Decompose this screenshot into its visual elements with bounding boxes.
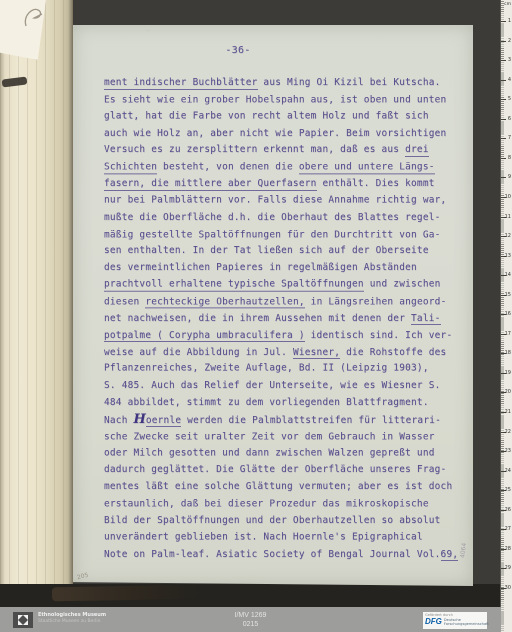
ruler-cm-number: 2 (508, 39, 511, 44)
typewritten-line: Nach Hoernle werden die Palmblattstreife… (104, 412, 460, 429)
ruler-cm-number: 26 (505, 508, 511, 513)
typewritten-text: ment indischer Buchblätter aus Ming Oi K… (104, 75, 460, 563)
text-segment: net nachweisen, die in ihrem Aussehen mi… (104, 313, 411, 324)
text-segment: drei (405, 144, 429, 157)
text-segment: auch wie Holz an, aber nicht wie Papier.… (104, 128, 446, 139)
text-segment: mußte die Oberfläche d.h. die Oberhaut d… (104, 212, 441, 223)
pencil-note-left: 205 (76, 572, 89, 582)
typewritten-line: S. 485. Auch das Relief der Unterseite, … (104, 378, 460, 395)
ruler-cm-number: 15 (505, 293, 511, 298)
ruler-cm-number: 23 (505, 449, 511, 454)
ruler-cm-tick (501, 119, 506, 120)
typewritten-line: glatt, hat die Farbe von recht altem Hol… (104, 108, 460, 125)
ruler-cm-tick (501, 177, 506, 178)
ruler-cm-number: 8 (508, 156, 511, 161)
book-page-stack-edge (0, 0, 73, 604)
ruler-cm-number: 7 (508, 136, 511, 141)
ruler-cm-number: 30 (505, 586, 511, 591)
typewritten-line: Es sieht wie ein grober Hobelspahn aus, … (104, 92, 460, 109)
ruler-cm-number: 19 (505, 371, 511, 376)
typewritten-line: des vermeintlichen Papieres in regelmäßi… (104, 260, 460, 277)
ruler-cm-number: 17 (505, 332, 511, 337)
ruler-cm-number: 20 (505, 390, 511, 395)
ruler-cm-number: 16 (505, 312, 511, 317)
ruler-cm-number: 1 (508, 19, 511, 24)
ruler-cm-number: 24 (505, 469, 511, 474)
typewritten-line: net nachweisen, die in ihrem Aussehen mi… (104, 311, 460, 328)
typewritten-line: 484 abbildet, stimmt zu dem vorliegenden… (104, 395, 460, 412)
typewritten-line: auch wie Holz an, aber nicht wie Papier.… (104, 126, 460, 143)
handwritten-squiggle (22, 4, 48, 32)
text-segment: des vermeintlichen Papieres in regelmäßi… (104, 262, 417, 273)
text-segment: diesen (104, 296, 145, 307)
typewritten-line: mußte die Oberfläche d.h. die Oberhaut d… (104, 210, 460, 227)
text-segment: weise auf die Abbildung in Jul. (104, 347, 293, 358)
ruler-cm-tick (501, 60, 506, 61)
ruler-cm-number: 18 (505, 351, 511, 356)
text-segment: dadurch geglättet. Die Glätte der Oberfl… (104, 464, 446, 475)
text-segment: ment indischer Buchblätter (104, 77, 258, 90)
ruler: cm 1234567891011121314151617181920212223… (500, 0, 512, 632)
text-segment: nur bei Palmblättern vor. Falls diese An… (104, 195, 446, 206)
typewritten-line: mentes läßt eine solche Glättung vermute… (104, 479, 460, 496)
book-edge-shadow (52, 585, 202, 602)
text-segment: in Längsreihen angeord- (305, 296, 447, 307)
text-segment: erstaunlich, daß bei dieser Prozedur das… (104, 498, 429, 509)
ruler-cm-number: 5 (508, 97, 511, 102)
ruler-unit-label: cm (504, 2, 511, 7)
typewritten-line: mäßig gestellte Spaltöffnungen für den D… (104, 227, 460, 244)
ruler-cm-number: 22 (505, 430, 511, 435)
typewritten-line: unverändert geblieben ist. Nach Hoernle'… (104, 529, 460, 546)
dfg-name-line2: Forschungsgemeinschaft (444, 622, 489, 626)
typewritten-line: Versuch es zu zersplittern erkennt man, … (104, 142, 460, 159)
text-segment: fasern, die mittlere aber Querfasern (104, 178, 317, 191)
typewritten-line: potpalme ( Corypha umbraculifera ) ident… (104, 328, 460, 345)
dfg-logo: Gefördert durch DFG Deutsche Forschungsg… (423, 612, 487, 629)
typewritten-line: Schichten besteht, von denen die obere u… (104, 160, 460, 177)
text-segment: oder Milch gesotten und dann zwischen Wa… (104, 447, 435, 458)
typewritten-line: oder Milch gesotten und dann zwischen Wa… (104, 445, 460, 462)
typewritten-line: ment indischer Buchblätter aus Ming Oi K… (104, 75, 460, 92)
document-scan: -36- ment indischer Buchblätter aus Ming… (0, 0, 512, 632)
text-segment: identisch sind. Ich ver- (305, 330, 453, 341)
ruler-cm-number: 10 (505, 195, 511, 200)
text-segment: enthält. Dies kommt (317, 178, 435, 189)
pencil-note-faint: ~ (145, 27, 152, 36)
ruler-cm-number: 28 (505, 547, 511, 552)
text-segment: prachtvoll erhaltene typische Spaltöffnu… (104, 279, 364, 292)
ruler-cm-tick (501, 21, 506, 22)
ruler-cm-tick (501, 99, 506, 100)
text-segment: sche Zwecke seit uralter Zeit vor dem Ge… (104, 431, 435, 442)
text-segment: unverändert geblieben ist. Nach Hoernle'… (104, 531, 423, 542)
ruler-cm-number: 12 (505, 234, 511, 239)
ruler-cm-number: 9 (508, 175, 511, 180)
footer-bar: Ethnologisches Museum Staatliche Museen … (0, 607, 501, 632)
text-segment: Wiesner, (293, 347, 340, 360)
ruler-cm-number: 3 (508, 58, 511, 63)
text-segment: oernle (146, 415, 181, 428)
ruler-cm-tick (501, 138, 506, 139)
text-segment: die Rohstoffe des (340, 347, 446, 358)
typewritten-line: prachtvoll erhaltene typische Spaltöffnu… (104, 277, 460, 294)
ruler-cm-tick (501, 80, 506, 81)
ruler-cm-number: 14 (505, 273, 511, 278)
ruler-cm-number: 21 (505, 410, 511, 415)
text-segment: obere und untere Längs- (299, 162, 435, 175)
text-segment: und zwischen (364, 279, 441, 290)
typewritten-line: erstaunlich, daß bei dieser Prozedur das… (104, 496, 460, 513)
text-segment: mentes läßt eine solche Glättung vermute… (104, 481, 452, 492)
ruler-cm-number: 11 (505, 215, 511, 220)
text-segment: Versuch es zu zersplittern erkennt man, … (104, 144, 405, 155)
text-segment: 69, (441, 549, 459, 562)
typewritten-line: weise auf die Abbildung in Jul. Wiesner,… (104, 345, 460, 362)
text-segment: rechteckige Oberhautzellen, (145, 296, 304, 309)
typewritten-line: diesen rechteckige Oberhautzellen, in Lä… (104, 294, 460, 311)
ruler-cm-number: 6 (508, 117, 511, 122)
text-segment: sen enthalten. In der Tat ließen sich au… (104, 245, 429, 256)
text-segment: Bild der Spaltöffnungen und der Oberhaut… (104, 515, 441, 526)
typewritten-line: nur bei Palmblättern vor. Falls diese An… (104, 193, 460, 210)
typewritten-line: sen enthalten. In der Tat ließen sich au… (104, 243, 460, 260)
ruler-cm-tick (501, 158, 506, 159)
text-segment: glatt, hat die Farbe von recht altem Hol… (104, 110, 429, 121)
text-segment: potpalme ( Corypha umbraculifera ) (104, 330, 305, 343)
text-segment: werden die Palmblattstreifen für littera… (181, 415, 441, 426)
text-segment: 484 abbildet, stimmt zu dem vorliegenden… (104, 397, 429, 408)
ruler-cm-number: 4 (508, 78, 511, 83)
ruler-cm-number: 27 (505, 527, 511, 532)
text-segment: aus Ming Oi Kizil bei Kutscha. (258, 77, 441, 88)
text-segment: Schichten (104, 162, 157, 175)
scanner-background-strip (0, 584, 512, 607)
typewritten-line: Bild der Spaltöffnungen und der Oberhaut… (104, 513, 460, 530)
typewritten-line: Note on Palm-leaf. Asiatic Society of Be… (104, 547, 460, 564)
pencil-note-right: 4064 (459, 542, 468, 558)
typewritten-line: Pflanzenreiches, Zweite Auflage, Bd. II … (104, 361, 460, 378)
ruler-cm-number: 29 (505, 566, 511, 571)
text-segment: Note on Palm-leaf. Asiatic Society of Be… (104, 549, 441, 560)
text-segment: H (134, 412, 146, 427)
typewritten-line: sche Zwecke seit uralter Zeit vor dem Ge… (104, 429, 460, 446)
typewritten-page: -36- ment indischer Buchblätter aus Ming… (73, 25, 473, 586)
typewritten-line: fasern, die mittlere aber Querfasern ent… (104, 176, 460, 193)
text-segment: Es sieht wie ein grober Hobelspahn aus, … (104, 94, 446, 105)
text-segment: S. 485. Auch das Relief der Unterseite, … (104, 380, 441, 391)
dfg-abbreviation: DFG (425, 618, 442, 626)
text-segment: Tali- (411, 313, 441, 326)
text-segment: Nach (104, 415, 134, 426)
text-segment: Pflanzenreiches, Zweite Auflage, Bd. II … (104, 363, 429, 374)
text-segment: mäßig gestellte Spaltöffnungen für den D… (104, 229, 441, 240)
text-segment: besteht, von denen die (157, 162, 299, 173)
ruler-cm-tick (501, 41, 506, 42)
ruler-cm-number: 25 (505, 488, 511, 493)
ruler-cm-number: 13 (505, 254, 511, 259)
typewritten-line: dadurch geglättet. Die Glätte der Oberfl… (104, 462, 460, 479)
page-number: -36- (73, 45, 403, 56)
